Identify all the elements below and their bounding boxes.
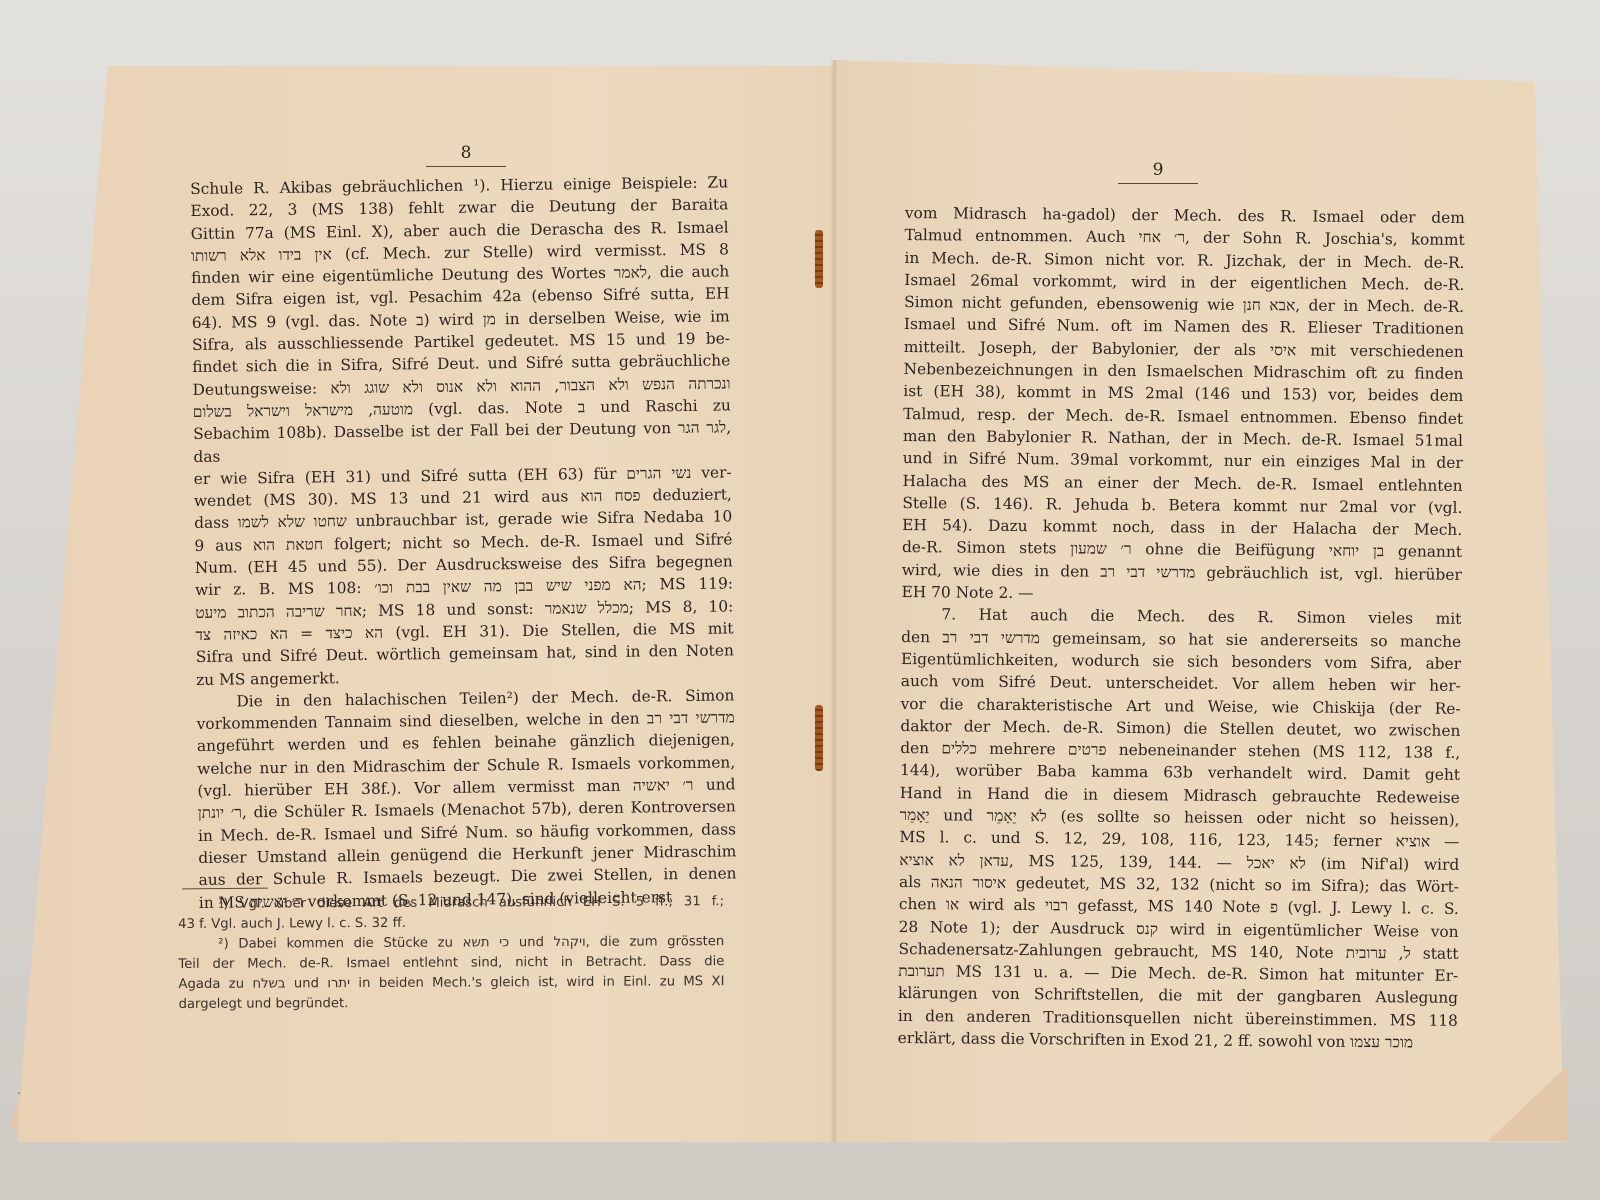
left-page-number: 8 (426, 143, 506, 163)
right-page-number: 9 (1118, 160, 1198, 180)
text-line: ¹) Vgl. über diese Art des Midrasch ausf… (178, 892, 724, 915)
binding-stitch-bottom (815, 705, 823, 771)
text-line: Sebachim 108b). Dasselbe ist der Fall be… (193, 417, 732, 468)
left-page-body-text: Schule R. Akibas gebräuchlichen ¹). Hier… (190, 171, 737, 913)
text-line: Agada zu בשלח und יתרו in beiden Mech.'s… (178, 972, 724, 995)
left-page-footnotes: ¹) Vgl. über diese Art des Midrasch ausf… (178, 892, 725, 1015)
text-line: Teil der Mech. de-R. Ismael entlehnt sin… (178, 952, 724, 975)
right-page-body-text: vom Midrasch ha-gadol) der Mech. des R. … (898, 202, 1465, 1054)
text-line: ²) Dabei kommen die Stücke zu כי תשא und… (178, 932, 724, 955)
text-line: dargelegt und begründet. (179, 992, 725, 1015)
left-page-number-rule (426, 166, 506, 167)
right-page-number-rule (1118, 183, 1198, 184)
text-line: 43 f. Vgl. auch J. Lewy l. c. S. 32 ff. (178, 912, 724, 935)
book-spine-fold (830, 60, 838, 1142)
binding-stitch-top (815, 230, 823, 288)
